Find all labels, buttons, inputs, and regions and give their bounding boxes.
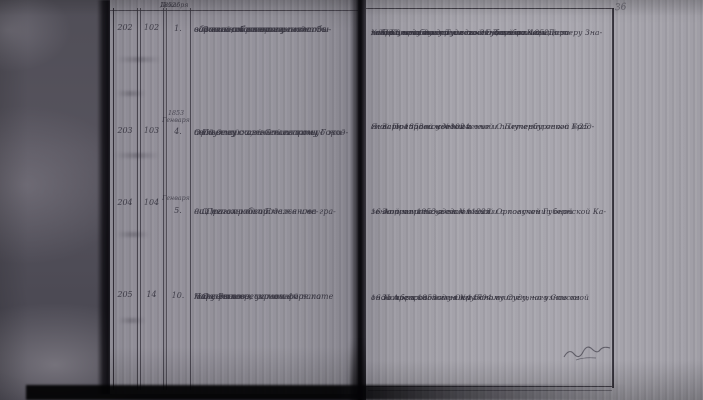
frame-rule (366, 8, 614, 9)
entry-date: 4. (166, 127, 190, 136)
column-rule (137, 8, 138, 390)
book-bottom-shadow (26, 385, 626, 400)
entry-number-primary: 204 (113, 198, 137, 207)
entry-date: 1. (166, 24, 190, 33)
entry-date: 10. (166, 291, 190, 300)
ink-bleedthrough (116, 57, 162, 62)
column-rule (140, 8, 141, 390)
entry-date-header: Генваря (160, 195, 192, 202)
ink-bleedthrough (118, 318, 146, 323)
column-rule (190, 8, 191, 390)
month-header-month: Декабря (160, 2, 188, 10)
page-number: 36 (615, 3, 627, 14)
column-rule (113, 8, 114, 390)
entry-number-secondary: 104 (140, 198, 163, 207)
entry-number-primary: 202 (113, 23, 137, 32)
frame-rule (612, 8, 614, 388)
entry-number-primary: 203 (113, 126, 137, 135)
column-rule (166, 8, 167, 390)
entry-number-secondary: 102 (140, 23, 163, 32)
right-ledger-page: 36 По оному делу Тульской Губернии Ка-зе… (366, 0, 703, 400)
entry-number-secondary: 103 (140, 126, 163, 135)
column-rule (163, 8, 164, 390)
archival-register-photo: 1852. Декабря 202 102 1. О непоставлении… (0, 0, 703, 400)
left-ledger-page: 1852. Декабря 202 102 1. О непоставлении… (110, 0, 358, 394)
clerk-flourish-mark (562, 345, 614, 363)
header-rule (110, 10, 358, 11)
entry-date: 5. (166, 206, 190, 215)
entry-number-secondary: 14 (140, 290, 163, 299)
ink-bleedthrough (116, 232, 150, 237)
ink-bleedthrough (116, 91, 146, 96)
entry-number-primary: 205 (113, 290, 137, 299)
ink-bleedthrough (114, 153, 160, 158)
month-header-year: 1852. (160, 2, 178, 10)
entry-date-header: 1853 Генваря (160, 110, 192, 124)
